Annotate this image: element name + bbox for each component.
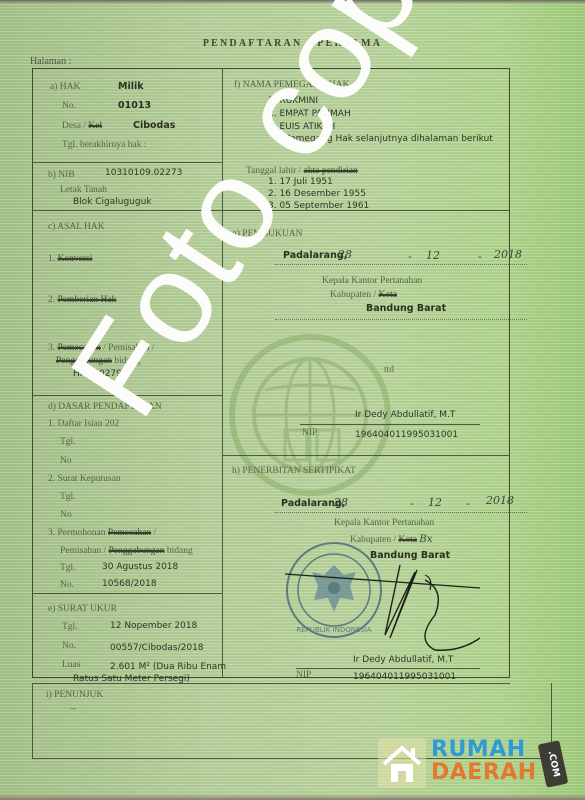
- penunjuk-left-border: [32, 683, 33, 758]
- surat-keputusan-tgl: Tgl.: [60, 492, 76, 502]
- pembukuan-year: 2018: [494, 248, 522, 261]
- logo-text-rumah: RUMAH: [431, 737, 526, 762]
- permohonan-tgl-value: 30 Agustus 2018: [102, 562, 178, 572]
- pembukuan-office-2: Kabupaten / Kota: [330, 290, 397, 300]
- penunjuk-value: --: [70, 704, 76, 714]
- penerbitan-nip-label: NIP: [296, 670, 311, 680]
- permohonan-label: 3. Permohonan Pemecahan /: [48, 528, 156, 538]
- surat-ukur-no-value: 00557/Cibodas/2018: [110, 643, 204, 653]
- permohonan-tgl-label: Tgl.: [60, 563, 76, 573]
- pembukuan-nip-value: 196404011995031001: [355, 430, 458, 440]
- surat-ukur-heading: e) SURAT UKUR: [48, 604, 117, 614]
- luas-label: Luas: [62, 660, 80, 670]
- pembukuan-office-3: Bandung Barat: [366, 303, 446, 314]
- surat-keputusan-label: 2. Surat Keputusan: [48, 474, 121, 484]
- daftar-isian-label: 1. Daftar Isian 202: [48, 419, 119, 429]
- daftar-isian-tgl: Tgl.: [60, 437, 76, 447]
- penerbitan-month: 12: [428, 496, 442, 509]
- luas-value-line2: Ratus Satu Meter Persegi): [73, 674, 190, 684]
- penerbitan-dash-1: -: [410, 497, 414, 510]
- asal-hak-heading: c) ASAL HAK: [48, 222, 105, 232]
- surat-ukur-tgl-label: Tgl.: [62, 622, 78, 632]
- permohonan-no-label: No.: [60, 580, 74, 590]
- no-value: 01013: [118, 100, 151, 111]
- pembukuan-office-1: Kepala Kantor Pertanahan: [322, 276, 422, 286]
- penerbitan-office-1: Kepala Kantor Pertanahan: [334, 518, 434, 528]
- hak-value: Milik: [118, 81, 144, 92]
- divider-d-e: [32, 593, 222, 594]
- divider-g-h: [222, 455, 510, 456]
- daftar-isian-no: No: [60, 456, 72, 466]
- pembukuan-dash-2: -: [478, 250, 482, 263]
- luas-value: 2.601 M² (Dua Ribu Enam: [110, 662, 226, 672]
- penerbitan-dash-2: -: [466, 497, 470, 510]
- no-label: No.: [62, 101, 76, 111]
- pembukuan-day: 28: [338, 248, 352, 261]
- penerbitan-heading: h) PENERBITAN SERTIPIKAT: [232, 466, 356, 476]
- expiry-label: Tgl. berakhirnya hak :: [62, 140, 146, 150]
- desa-value: Cibodas: [133, 120, 175, 131]
- pembukuan-official-name: Ir Dedy Abdullatif, M.T: [355, 410, 455, 420]
- desa-label: Desa / Kel: [62, 121, 102, 131]
- house-icon: [378, 738, 426, 788]
- hak-label: a) HAK: [50, 82, 80, 92]
- surat-ukur-no-label: No.: [62, 641, 76, 651]
- signature: [285, 560, 515, 670]
- pembukuan-month: 12: [426, 249, 440, 262]
- permohonan-no-value: 10568/2018: [102, 579, 157, 589]
- logo-com-tag: .COM: [538, 740, 569, 788]
- nib-label: b) NIB: [48, 170, 75, 180]
- asal-hak-item-1: 1. Konversi: [48, 254, 92, 264]
- surat-keputusan-no: No: [60, 510, 72, 520]
- penerbitan-day: 28: [334, 496, 348, 509]
- pembukuan-ttd: ttd: [384, 365, 394, 375]
- page-label: Halaman :: [30, 56, 71, 67]
- penerbitan-year: 2018: [486, 494, 514, 507]
- location-label: Letak Tanah: [60, 185, 107, 195]
- pembukuan-dash-1: -: [408, 250, 412, 263]
- pembukuan-nip-label: NIP: [302, 428, 317, 438]
- logo-text-daerah: DAERAH: [431, 760, 537, 785]
- penerbitan-nip-value: 196404011995031001: [353, 672, 456, 682]
- surat-ukur-tgl-value: 12 Nopember 2018: [110, 621, 197, 631]
- rumahdaerah-logo: RUMAH DAERAH .COM: [378, 738, 578, 800]
- penunjuk-heading: i) PENUNJUK: [46, 690, 103, 700]
- permohonan-line2: Pemisahan / Penggabungan bidang: [60, 546, 193, 556]
